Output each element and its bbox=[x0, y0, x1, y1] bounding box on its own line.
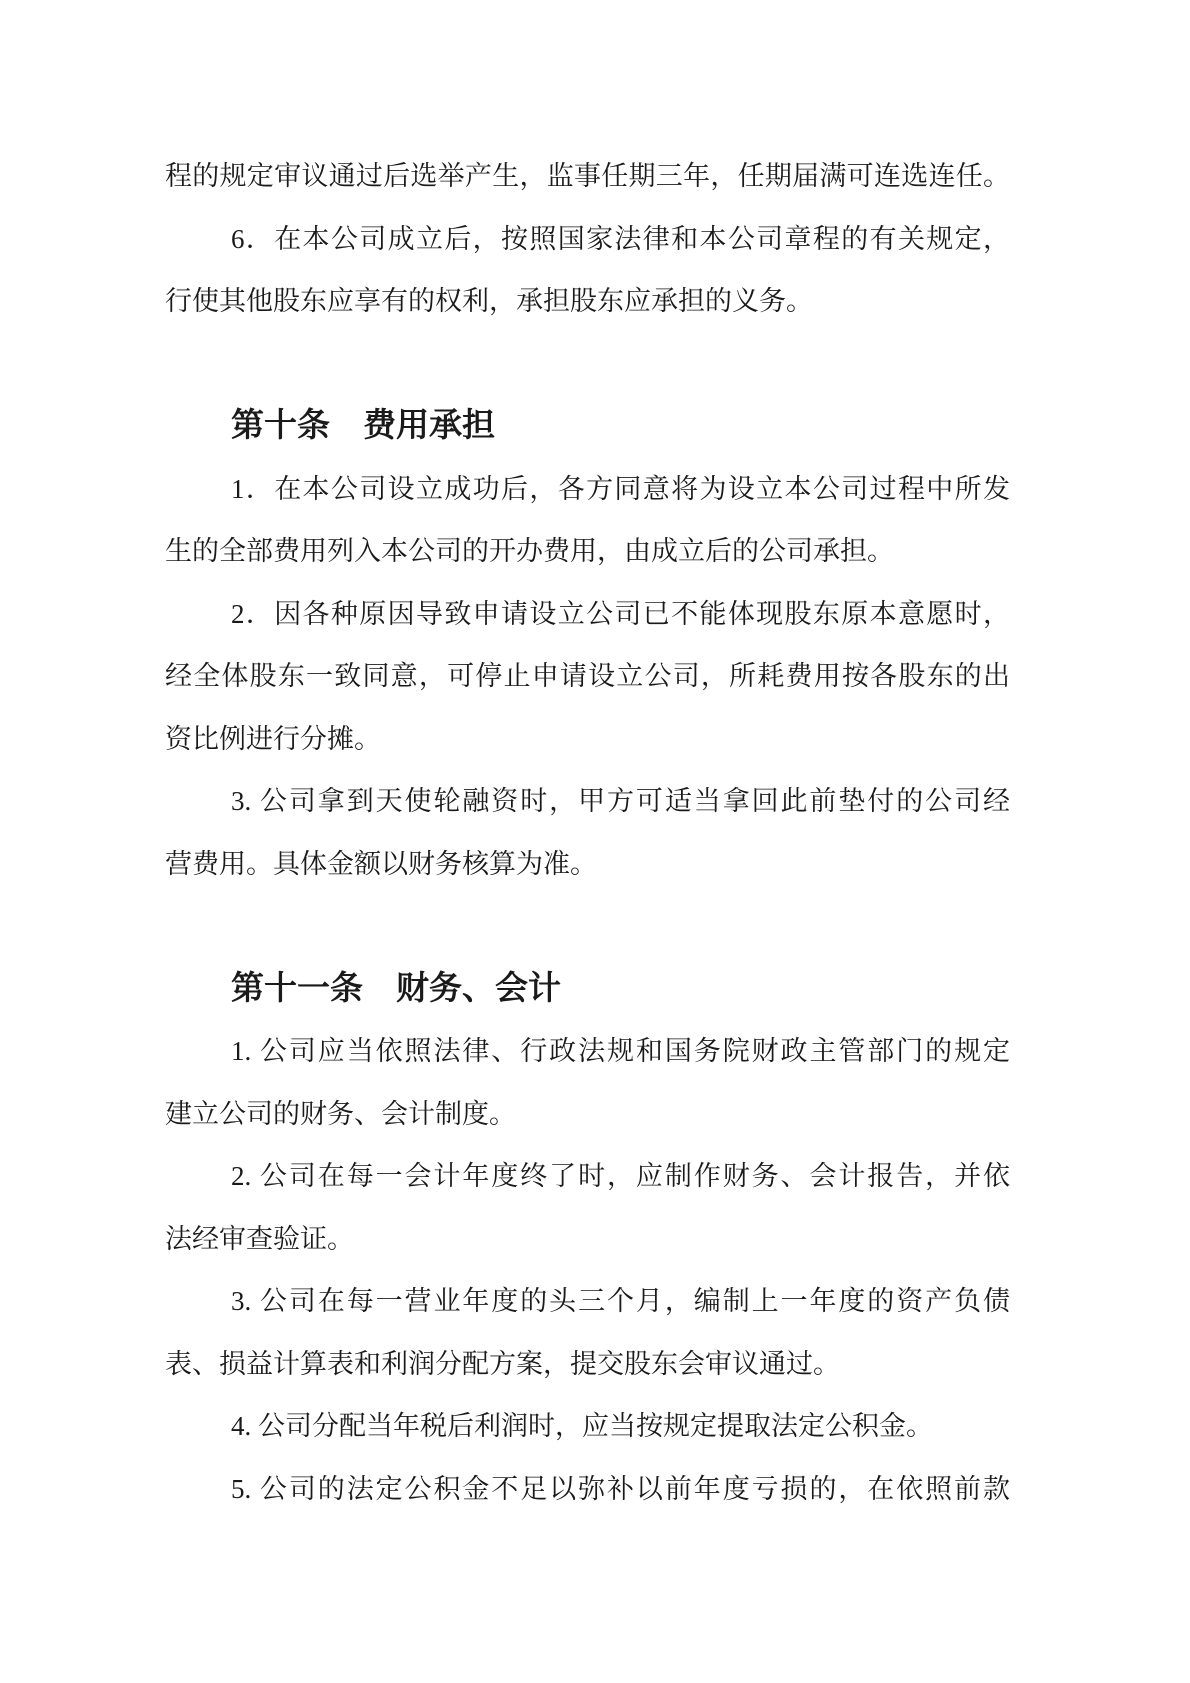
doc-line: 6．在本公司成立后，按照国家法律和本公司章程的有关规定， bbox=[165, 208, 1010, 271]
doc-line: 程的规定审议通过后选举产生，监事任期三年，任期届满可连选连任。 bbox=[165, 145, 1010, 208]
doc-line: 1. 公司应当依照法律、行政法规和国务院财政主管部门的规定 bbox=[165, 1020, 1010, 1083]
doc-line: 法经审查验证。 bbox=[165, 1208, 1010, 1271]
doc-line: 1．在本公司设立成功后，各方同意将为设立本公司过程中所发 bbox=[165, 458, 1010, 521]
doc-line: 5. 公司的法定公积金不足以弥补以前年度亏损的，在依照前款 bbox=[165, 1458, 1010, 1521]
doc-line: 建立公司的财务、会计制度。 bbox=[165, 1083, 1010, 1146]
doc-line: 3. 公司拿到天使轮融资时，甲方可适当拿回此前垫付的公司经 bbox=[165, 770, 1010, 833]
doc-line: 2．因各种原因导致申请设立公司已不能体现股东原本意愿时， bbox=[165, 583, 1010, 646]
doc-line: 表、损益计算表和利润分配方案，提交股东会审议通过。 bbox=[165, 1333, 1010, 1396]
section-heading: 第十条 费用承担 bbox=[165, 395, 1010, 458]
doc-line: 3. 公司在每一营业年度的头三个月，编制上一年度的资产负债 bbox=[165, 1270, 1010, 1333]
document-body: 程的规定审议通过后选举产生，监事任期三年，任期届满可连选连任。6．在本公司成立后… bbox=[165, 145, 1010, 1520]
doc-line: 行使其他股东应享有的权利，承担股东应承担的义务。 bbox=[165, 270, 1010, 333]
doc-line: 经全体股东一致同意，可停止申请设立公司，所耗费用按各股东的出 bbox=[165, 645, 1010, 708]
doc-line: 2. 公司在每一会计年度终了时，应制作财务、会计报告，并依 bbox=[165, 1145, 1010, 1208]
blank-line bbox=[165, 895, 1010, 958]
doc-line: 营费用。具体金额以财务核算为准。 bbox=[165, 833, 1010, 896]
section-heading: 第十一条 财务、会计 bbox=[165, 958, 1010, 1021]
doc-line: 资比例进行分摊。 bbox=[165, 708, 1010, 771]
doc-line: 4. 公司分配当年税后利润时，应当按规定提取法定公积金。 bbox=[165, 1395, 1010, 1458]
doc-line: 生的全部费用列入本公司的开办费用，由成立后的公司承担。 bbox=[165, 520, 1010, 583]
document-page: 程的规定审议通过后选举产生，监事任期三年，任期届满可连选连任。6．在本公司成立后… bbox=[0, 0, 1190, 1683]
blank-line bbox=[165, 333, 1010, 396]
